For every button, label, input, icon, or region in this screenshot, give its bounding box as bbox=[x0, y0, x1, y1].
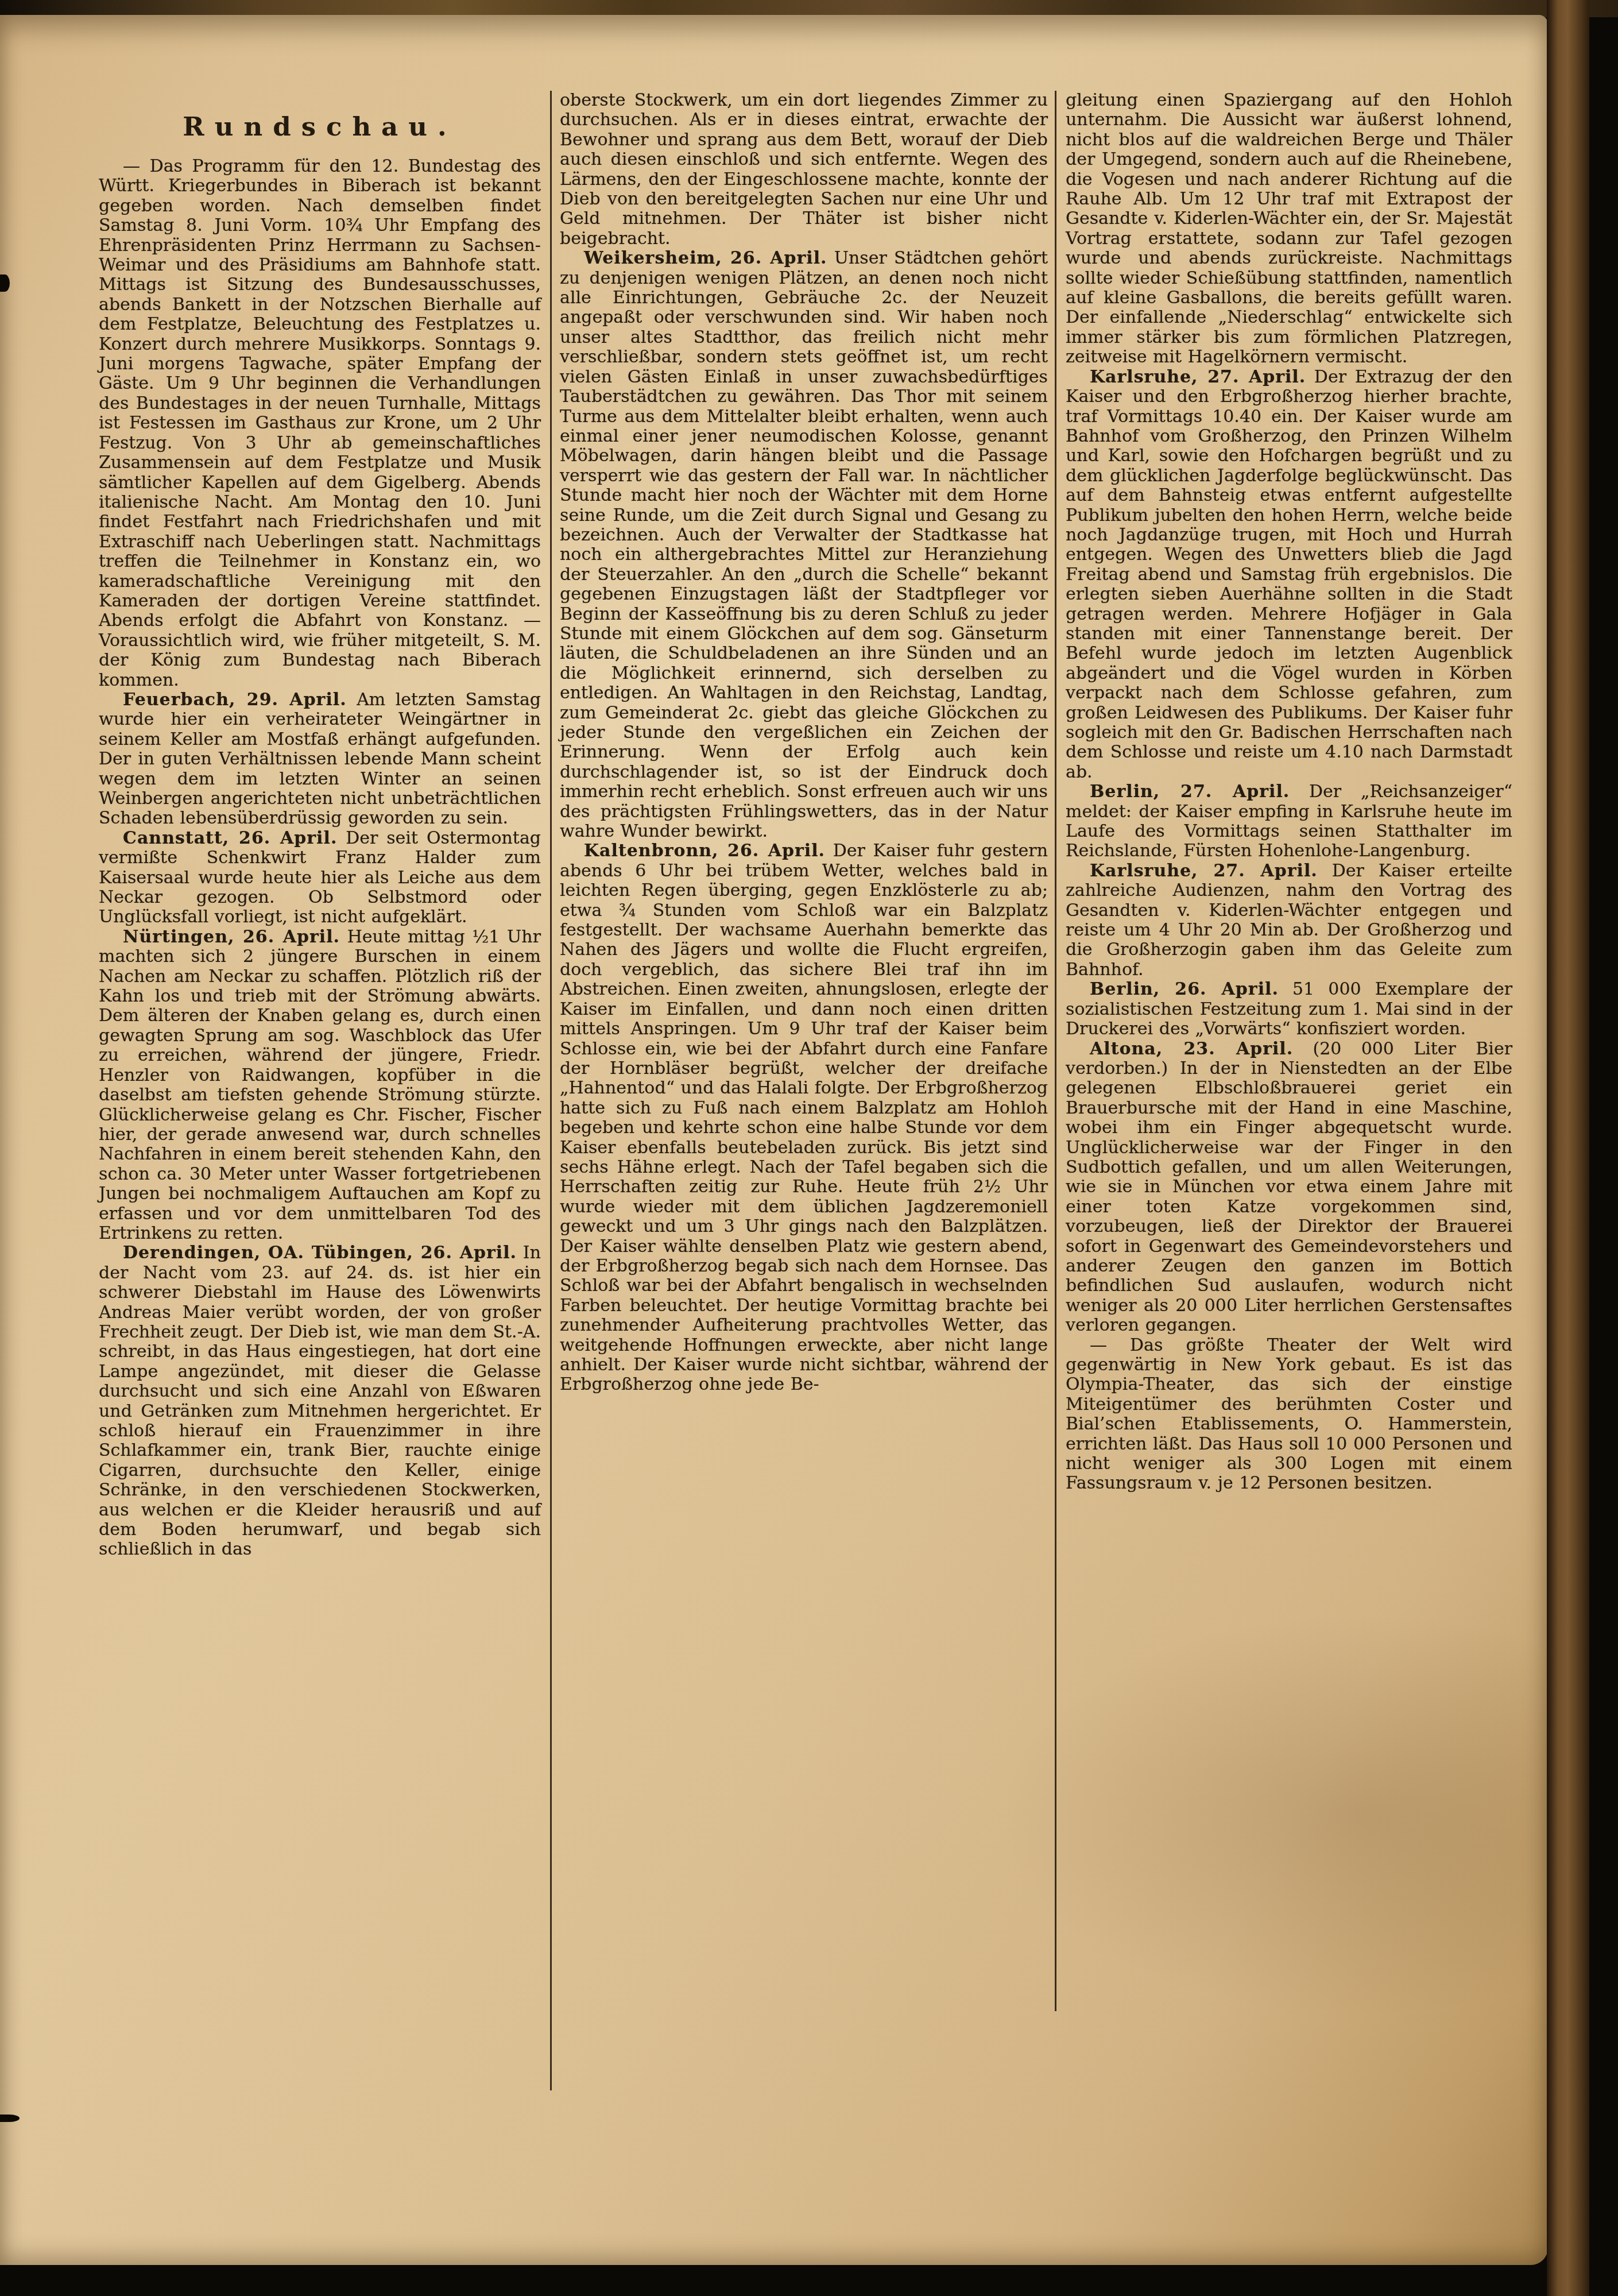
column-divider-2 bbox=[1055, 91, 1056, 2011]
scanned-newspaper-page: Rundschau. — Das Programm für den 12. Bu… bbox=[0, 0, 1618, 2296]
article-paragraph: Nürtingen, 26. April. Heute mittag ½1 Uh… bbox=[99, 927, 541, 1244]
column-2: oberste Stockwerk, um ein dort liegendes… bbox=[560, 91, 1048, 1395]
article-paragraph: Derendingen, OA. Tübingen, 26. April. In… bbox=[99, 1243, 541, 1560]
article-dateline: Berlin, 26. April. bbox=[1090, 979, 1279, 999]
column-divider-1 bbox=[550, 91, 552, 2090]
newspaper-paper: Rundschau. — Das Programm für den 12. Bu… bbox=[0, 15, 1548, 2265]
article-dateline: Altona, 23. April. bbox=[1090, 1039, 1293, 1059]
news-paragraph: gleitung einen Spaziergang auf den Hohlo… bbox=[1066, 91, 1512, 368]
article-paragraph: Karlsruhe, 27. April. Der Kaiser erteilt… bbox=[1066, 861, 1512, 980]
column-3-articles: gleitung einen Spaziergang auf den Hohlo… bbox=[1066, 91, 1512, 1494]
column-2-articles: oberste Stockwerk, um ein dort liegendes… bbox=[560, 91, 1048, 1395]
article-dateline: Karlsruhe, 27. April. bbox=[1090, 367, 1306, 387]
news-paragraph: oberste Stockwerk, um ein dort liegendes… bbox=[560, 91, 1048, 249]
column-1-articles: — Das Programm für den 12. Bundestag des… bbox=[99, 157, 541, 1560]
news-paragraph: — Das größte Theater der Welt wird gegen… bbox=[1066, 1336, 1512, 1494]
article-dateline: Derendingen, OA. Tübingen, 26. April. bbox=[123, 1243, 517, 1263]
article-dateline: Kaltenbronn, 26. April. bbox=[584, 841, 825, 861]
page-edge-flaw bbox=[0, 2115, 20, 2122]
article-dateline: Weikersheim, 26. April. bbox=[584, 248, 827, 268]
article-paragraph: Karlsruhe, 27. April. Der Extrazug der d… bbox=[1066, 368, 1512, 783]
page-edge-flaw bbox=[0, 275, 10, 292]
article-paragraph: Altona, 23. April. (20 000 Liter Bier ve… bbox=[1066, 1039, 1512, 1336]
article-dateline: Cannstatt, 26. April. bbox=[123, 828, 337, 848]
section-title: Rundschau. bbox=[99, 111, 541, 142]
article-paragraph: Cannstatt, 26. April. Der seit Ostermont… bbox=[99, 829, 541, 927]
column-3: gleitung einen Spaziergang auf den Hohlo… bbox=[1066, 91, 1512, 1494]
article-dateline: Berlin, 27. April. bbox=[1090, 782, 1290, 802]
article-paragraph: Berlin, 26. April. 51 000 Exemplare der … bbox=[1066, 980, 1512, 1039]
article-paragraph: Kaltenbronn, 26. April. Der Kaiser fuhr … bbox=[560, 841, 1048, 1394]
book-binding-edge bbox=[1547, 0, 1589, 2296]
article-dateline: Nürtingen, 26. April. bbox=[123, 927, 340, 947]
article-dateline: Feuerbach, 29. April. bbox=[123, 690, 347, 710]
article-paragraph: Weikersheim, 26. April. Unser Städtchen … bbox=[560, 249, 1048, 841]
article-dateline: Karlsruhe, 27. April. bbox=[1090, 861, 1318, 881]
article-paragraph: Berlin, 27. April. Der „Reichsanzeiger“ … bbox=[1066, 782, 1512, 861]
article-paragraph: Feuerbach, 29. April. Am letzten Samstag… bbox=[99, 690, 541, 829]
news-paragraph: — Das Programm für den 12. Bundestag des… bbox=[99, 157, 541, 690]
text-block: Rundschau. — Das Programm für den 12. Bu… bbox=[99, 91, 1512, 2090]
column-1: Rundschau. — Das Programm für den 12. Bu… bbox=[99, 91, 541, 1560]
